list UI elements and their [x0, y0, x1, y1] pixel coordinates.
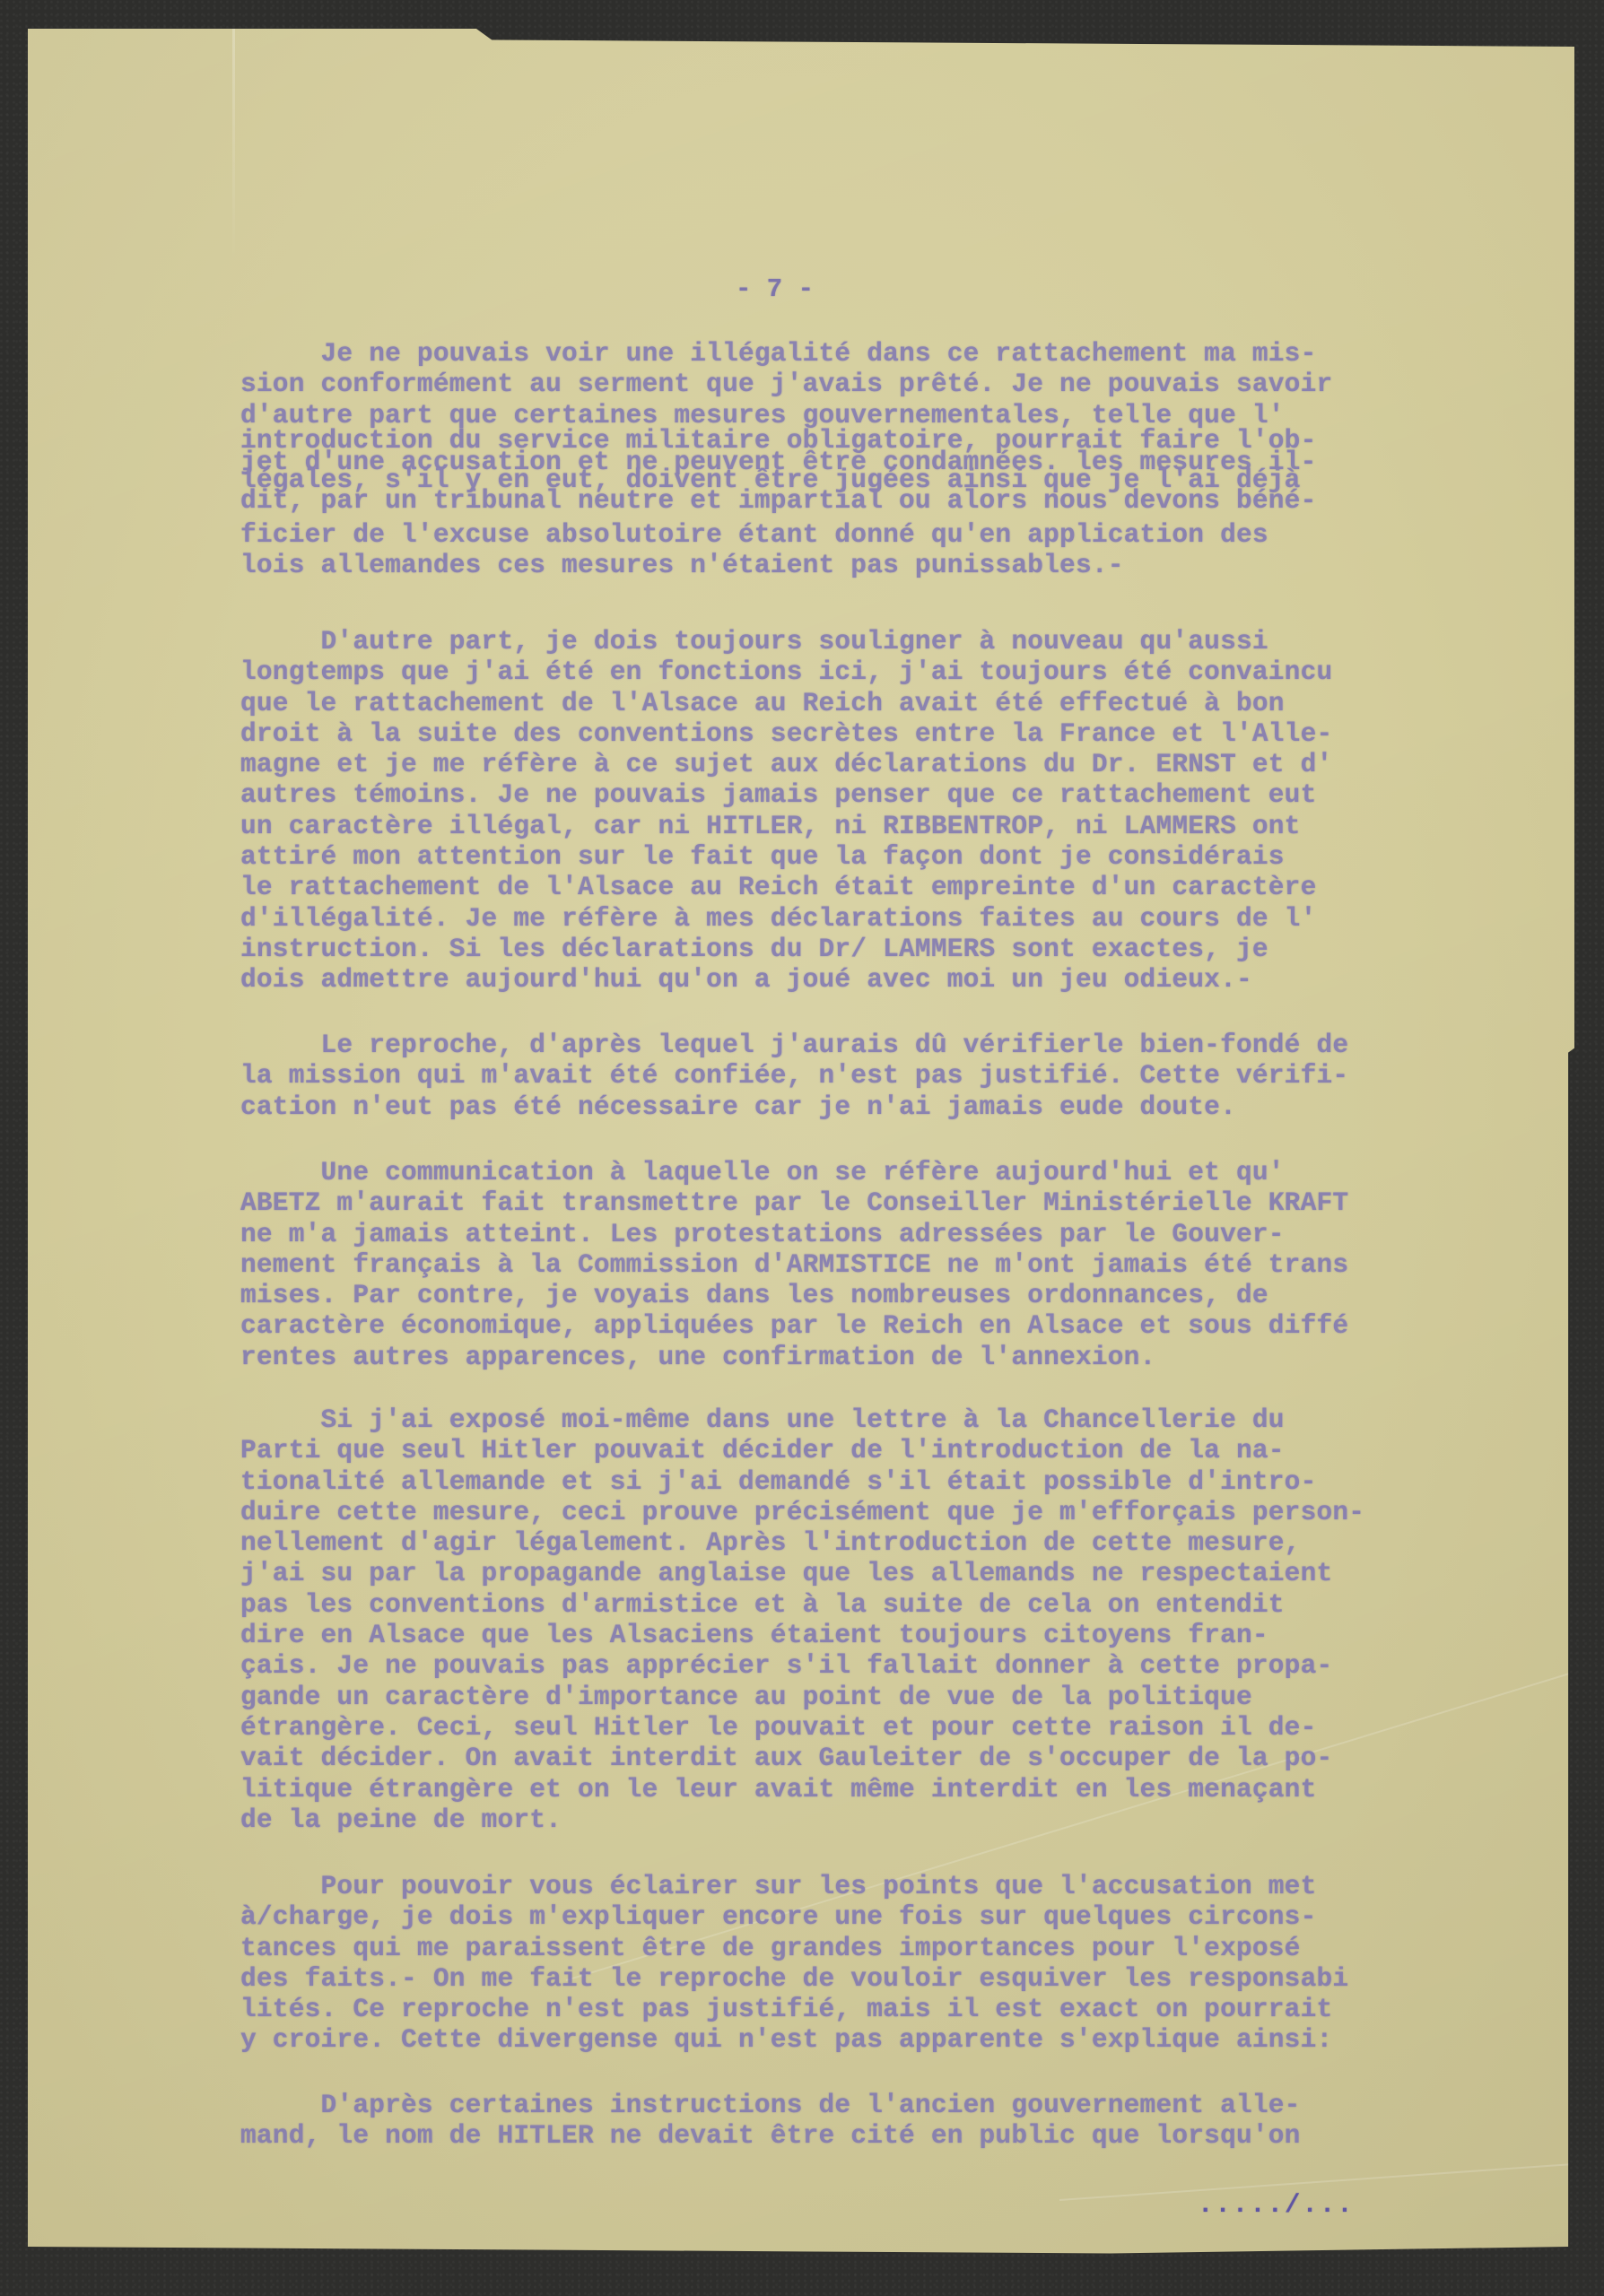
- text-line: la mission qui m'avait été confiée, n'es…: [240, 1060, 1348, 1091]
- text-line: lois allemandes ces mesures n'étaient pa…: [240, 550, 1332, 580]
- text-line: longtemps que j'ai été en fonctions ici,…: [240, 657, 1332, 687]
- text-line: D'après certaines instructions de l'anci…: [240, 2090, 1301, 2120]
- text-line: dire en Alsace que les Alsaciens étaient…: [240, 1620, 1364, 1650]
- text-line: attiré mon attention sur le fait que la …: [240, 841, 1332, 872]
- text-line: de la peine de mort.: [240, 1805, 1364, 1835]
- text-line: instruction. Si les déclarations du Dr/ …: [240, 934, 1332, 964]
- text-line: j'ai su par la propagande anglaise que l…: [240, 1558, 1364, 1588]
- text-line: gande un caractère d'importance au point…: [240, 1682, 1364, 1712]
- text-line: cation n'eut pas été nécessaire car je n…: [240, 1091, 1348, 1122]
- text-line: Une communication à laquelle on se réfèr…: [240, 1157, 1348, 1187]
- text-line: ne m'a jamais atteint. Les protestations…: [240, 1219, 1348, 1249]
- text-line: litique étrangère et on le leur avait mê…: [240, 1774, 1364, 1805]
- text-line: vait décider. On avait interdit aux Gaul…: [240, 1743, 1364, 1773]
- text-line: des faits.- On me fait le reproche de vo…: [240, 1963, 1348, 1994]
- text-line: d'illégalité. Je me réfère à mes déclara…: [240, 903, 1332, 934]
- text-line: D'autre part, je dois toujours souligner…: [240, 626, 1332, 657]
- text-line: nement français à la Commission d'ARMIST…: [240, 1249, 1348, 1280]
- paragraph-4: Une communication à laquelle on se réfèr…: [240, 1157, 1348, 1372]
- text-line: rentes autres apparences, une confirmati…: [240, 1342, 1348, 1372]
- text-line: le rattachement de l'Alsace au Reich éta…: [240, 872, 1332, 902]
- text-line: y croire. Cette divergense qui n'est pas…: [240, 2024, 1348, 2055]
- text-line: tionalité allemande et si j'ai demandé s…: [240, 1466, 1364, 1497]
- text-line: autres témoins. Je ne pouvais jamais pen…: [240, 779, 1332, 810]
- text-line: que le rattachement de l'Alsace au Reich…: [240, 688, 1332, 718]
- text-line: çais. Je ne pouvais pas apprécier s'il f…: [240, 1650, 1364, 1681]
- continuation-mark: ...../...: [1198, 2190, 1355, 2220]
- text-line: droit à la suite des conventions secrète…: [240, 718, 1332, 749]
- paragraph-7: D'après certaines instructions de l'anci…: [240, 2090, 1301, 2152]
- text-line: lités. Ce reproche n'est pas justifié, m…: [240, 1994, 1348, 2024]
- text-line: dit, par un tribunal neutre et impartial…: [240, 485, 1332, 516]
- paragraph-3: Le reproche, d'après lequel j'aurais dû …: [240, 1030, 1348, 1122]
- text-line: mises. Par contre, je voyais dans les no…: [240, 1280, 1348, 1310]
- text-line: mand, le nom de HITLER ne devait être ci…: [240, 2120, 1301, 2151]
- paragraph-2: D'autre part, je dois toujours souligner…: [240, 626, 1332, 996]
- text-line: un caractère illégal, car ni HITLER, ni …: [240, 811, 1332, 841]
- paper-fold-line: [232, 29, 235, 262]
- page-number: - 7 -: [736, 274, 814, 304]
- text-line: dois admettre aujourd'hui qu'on a joué a…: [240, 964, 1332, 995]
- text-line: nellement d'agir légalement. Après l'int…: [240, 1527, 1364, 1558]
- text-line: ficier de l'excuse absolutoire étant don…: [240, 519, 1332, 550]
- paragraph-1: Je ne pouvais voir une illégalité dans c…: [240, 338, 1332, 581]
- text-line: tances qui me paraissent être de grandes…: [240, 1933, 1348, 1963]
- paragraph-6: Pour pouvoir vous éclairer sur les point…: [240, 1871, 1348, 2056]
- paragraph-5: Si j'ai exposé moi-même dans une lettre …: [240, 1405, 1364, 1835]
- text-line: Le reproche, d'après lequel j'aurais dû …: [240, 1030, 1348, 1060]
- text-line: Parti que seul Hitler pouvait décider de…: [240, 1435, 1364, 1465]
- text-line: étrangère. Ceci, seul Hitler le pouvait …: [240, 1712, 1364, 1743]
- text-line: sion conformément au serment que j'avais…: [240, 369, 1332, 399]
- text-line: à/charge, je dois m'expliquer encore une…: [240, 1901, 1348, 1932]
- text-line: caractère économique, appliquées par le …: [240, 1310, 1348, 1341]
- text-line: Je ne pouvais voir une illégalité dans c…: [240, 338, 1332, 369]
- text-line: pas les conventions d'armistice et à la …: [240, 1589, 1364, 1620]
- text-line: magne et je me réfère à ce sujet aux déc…: [240, 749, 1332, 779]
- text-line: duire cette mesure, ceci prouve précisém…: [240, 1497, 1364, 1527]
- text-line: ABETZ m'aurait fait transmettre par le C…: [240, 1187, 1348, 1218]
- text-line: Pour pouvoir vous éclairer sur les point…: [240, 1871, 1348, 1901]
- text-line: Si j'ai exposé moi-même dans une lettre …: [240, 1405, 1364, 1435]
